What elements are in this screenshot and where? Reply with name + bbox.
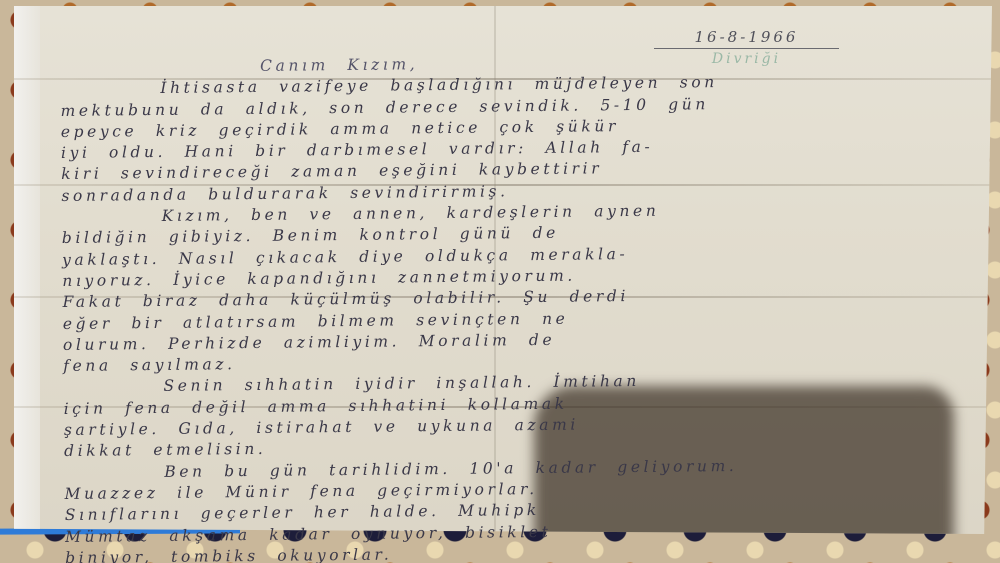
letter-date: 16-8-1966 xyxy=(654,28,839,46)
date-underline xyxy=(654,48,839,49)
letter-body: Canım Kızım, İhtisasta vazifeye başladığ… xyxy=(60,49,965,563)
paper-edge-strip xyxy=(14,6,40,534)
